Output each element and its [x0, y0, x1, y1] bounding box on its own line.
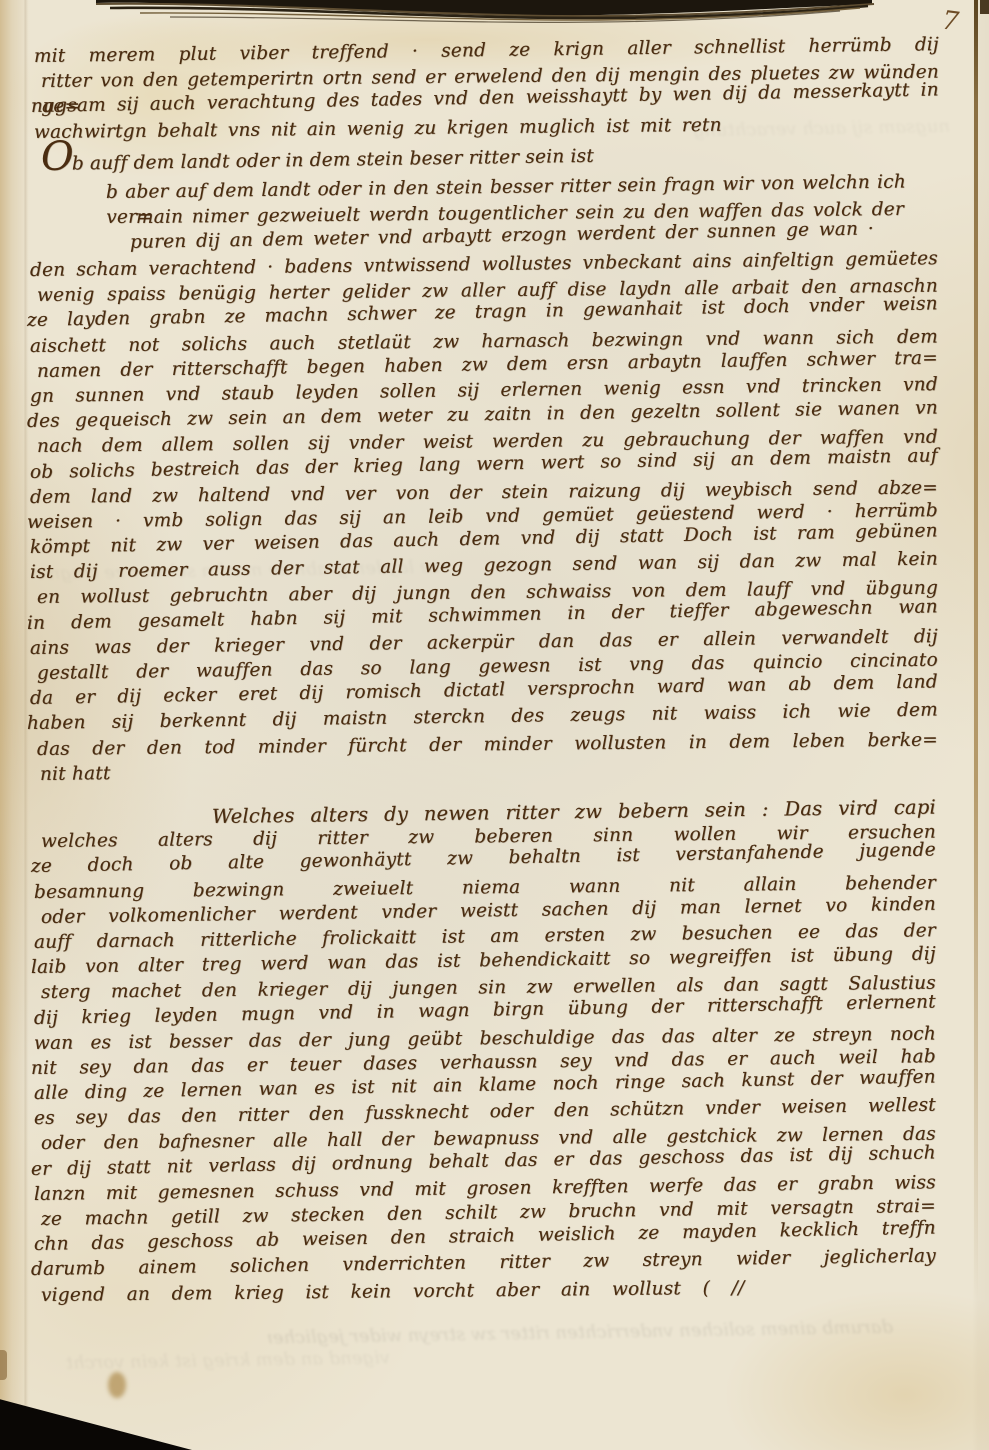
- show-through-ghost: darumb ainem solichen vnderrichten ritte…: [268, 1317, 893, 1349]
- stain: [108, 1372, 126, 1398]
- show-through-ghost: vigend an dem krieg ist kein vorcht aber…: [60, 1347, 390, 1374]
- folio-number: 7: [940, 6, 983, 41]
- page-fore-edge: [974, 0, 978, 1300]
- text-block-opening: mit merem plut viber treffend · send ze …: [34, 44, 939, 170]
- background-corner-shadow: [0, 1396, 192, 1450]
- edge-nick-stain: [0, 1350, 7, 1380]
- text-block-chapter-four: Welches alters dy newen ritter zw bebern…: [34, 804, 936, 1308]
- manuscript-page: 7 mit merem plut viber treffend · send z…: [0, 0, 989, 1450]
- text-block-chapter-body: den scham verachtend · badens vntwissend…: [30, 258, 938, 787]
- text-block-answer: b aber auf dem landt oder in den stein b…: [106, 180, 906, 256]
